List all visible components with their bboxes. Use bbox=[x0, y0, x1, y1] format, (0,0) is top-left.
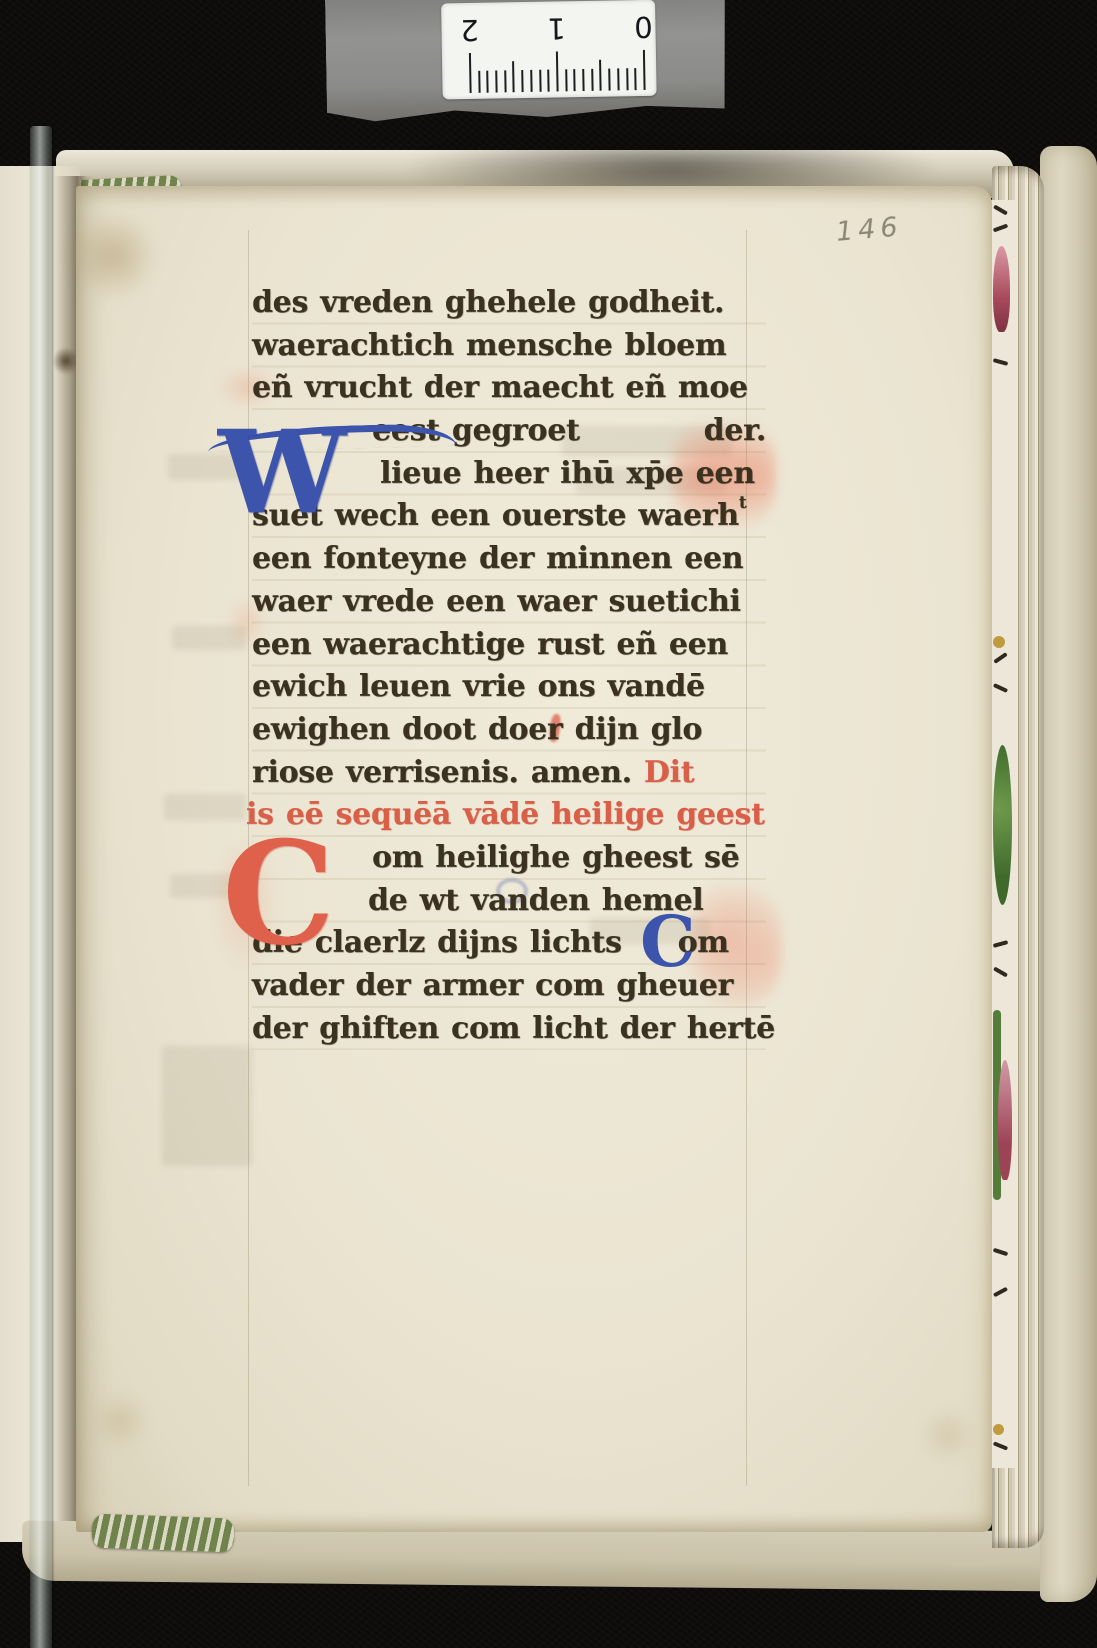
text-run: t bbox=[739, 495, 746, 538]
showthrough-text bbox=[162, 1046, 252, 1166]
ruler-tick bbox=[504, 70, 506, 92]
ruler-tick bbox=[478, 71, 480, 93]
fore-edge-penwork bbox=[993, 967, 1008, 978]
text-run: waer vrede een waer suetichi bbox=[252, 581, 741, 624]
text-run: ewich leuen vrie ons vandē bbox=[252, 666, 705, 709]
text-line-10: ewich leuen vrie ons vandē bbox=[252, 666, 766, 709]
ruler-tick bbox=[495, 71, 497, 93]
ruler-tick bbox=[626, 68, 628, 90]
stain-bottom-left bbox=[90, 1396, 150, 1446]
ruler-tick bbox=[617, 68, 619, 90]
text-run: riose verrisenis. amen. bbox=[252, 752, 644, 795]
text-run: der. bbox=[704, 410, 766, 453]
ruler-tick bbox=[643, 50, 646, 90]
fore-edge-penwork bbox=[993, 205, 1008, 216]
ruler-number-1: 1 bbox=[547, 11, 566, 45]
gutter-stain-spot bbox=[54, 346, 78, 376]
text-run: eñ vrucht der maecht eñ moe bbox=[252, 367, 748, 410]
stain-right-edge bbox=[918, 1412, 978, 1458]
ruler-number-2: 2 bbox=[460, 13, 479, 47]
fore-edge-flower-pink bbox=[998, 1060, 1012, 1180]
ruler-tick bbox=[582, 69, 584, 91]
text-run: des vreden ghehele godheit. bbox=[252, 282, 724, 325]
fore-edge-flower-pink bbox=[993, 246, 1010, 332]
fore-edge-penwork bbox=[993, 652, 1008, 664]
ruler-tick bbox=[521, 70, 523, 92]
ruler-tick bbox=[487, 71, 489, 93]
ruler-ticks bbox=[442, 46, 657, 94]
initial-C-red: C bbox=[222, 834, 335, 955]
text-run: lieue heer ihū xp̄e een bbox=[380, 453, 755, 496]
text-line-3: eñ vrucht der maecht eñ moe bbox=[252, 367, 766, 410]
stain-top-left bbox=[70, 214, 156, 298]
ruler-tick bbox=[539, 70, 541, 92]
fore-edge-penwork bbox=[993, 224, 1008, 233]
fore-edge-gold-dot bbox=[993, 636, 1005, 648]
ruler: 0 1 2 bbox=[441, 0, 657, 99]
manuscript-page: 146 des vreden ghehele godheit.waerachti… bbox=[76, 186, 992, 1532]
fore-edge-penwork bbox=[993, 940, 1009, 948]
glass-clamp-strip bbox=[30, 126, 52, 1648]
text-line-1: des vreden ghehele godheit. bbox=[252, 282, 766, 325]
text-line-9: een waerachtige rust eñ een bbox=[252, 624, 766, 667]
ruler-tick bbox=[565, 69, 567, 91]
text-run: Dit bbox=[644, 752, 694, 795]
text-run: waerachtich mensche bloem bbox=[252, 325, 726, 368]
initial-C-blue: C bbox=[640, 912, 696, 972]
ruler-numbers: 0 1 2 bbox=[441, 4, 656, 48]
text-line-7: een fonteyne der minnen een bbox=[252, 538, 766, 581]
cover-fore-edge bbox=[1040, 146, 1097, 1602]
fore-edge-penwork bbox=[993, 358, 1009, 366]
ruler-tick bbox=[556, 51, 559, 91]
ruler-number-0: 0 bbox=[634, 10, 653, 44]
endband-bottom bbox=[91, 1514, 234, 1553]
ruler-tick bbox=[635, 68, 637, 90]
fore-edge-penwork bbox=[993, 1287, 1008, 1298]
ruler-tick bbox=[513, 61, 516, 92]
text-line-2: waerachtich mensche bloem bbox=[252, 325, 766, 368]
text-run: om heilighe gheest sē bbox=[372, 837, 739, 880]
ruler-tick bbox=[608, 69, 610, 91]
text-run: der ghiften com licht der hertē bbox=[252, 1008, 775, 1051]
fore-edge-penwork bbox=[993, 1248, 1009, 1256]
text-run: een fonteyne der minnen een bbox=[252, 538, 743, 581]
fore-edge-penwork bbox=[993, 683, 1008, 693]
ruler-tick bbox=[469, 53, 472, 93]
ruler-face: 0 1 2 bbox=[441, 0, 657, 99]
fore-edge-leaf-green bbox=[993, 745, 1012, 905]
decorated-underpage-sliver bbox=[990, 200, 1016, 1468]
text-line-11: ewighen doot doer dijn glo bbox=[252, 709, 766, 752]
text-run: een waerachtige rust eñ een bbox=[252, 624, 728, 667]
ruler-tick bbox=[600, 60, 603, 91]
text-line-12: riose verrisenis. amen. Dit bbox=[252, 752, 766, 795]
text-run: ewighen doot doer dijn glo bbox=[252, 709, 702, 752]
fore-edge-gold-dot bbox=[993, 1424, 1004, 1435]
ruler-tick bbox=[574, 69, 576, 91]
fore-edge-penwork bbox=[993, 1441, 1008, 1450]
text-line-18: der ghiften com licht der hertē bbox=[252, 1008, 766, 1051]
ruler-tick bbox=[548, 70, 550, 92]
text-line-8: waer vrede een waer suetichi bbox=[252, 581, 766, 624]
ruler-tick bbox=[591, 69, 593, 91]
photo-stage: 146 des vreden ghehele godheit.waerachti… bbox=[0, 0, 1097, 1648]
initial-W: W bbox=[218, 424, 346, 521]
ruler-tick bbox=[530, 70, 532, 92]
folio-number: 146 bbox=[835, 211, 904, 248]
